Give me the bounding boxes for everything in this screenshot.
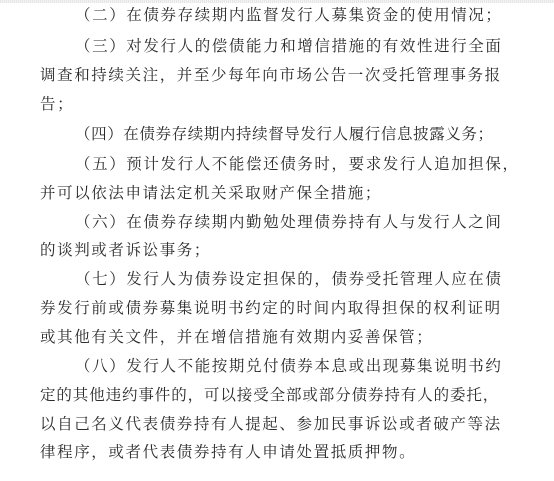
paragraph-item-5-line-1: （五）预计发行人不能偿还债务时，要求发行人追加担保，	[75, 152, 520, 176]
paragraph-item-3-line-3: 告；	[40, 92, 74, 116]
document-body: （二）在债券存续期内监督发行人募集资金的使用情况； （三）对发行人的偿债能力和增…	[0, 0, 554, 481]
paragraph-item-8-line-4: 律程序，或者代表债券持有人申请处置抵质押物。	[40, 440, 416, 464]
paragraph-item-7-line-2: 券发行前或债券募集说明书约定的时间内取得担保的权利证明	[40, 296, 502, 320]
paragraph-item-8-line-2: 定的其他违约事件的，可以接受全部或部分债券持有人的委托，	[40, 383, 499, 407]
paragraph-item-6-line-2: 的谈判或者诉讼事务；	[40, 238, 211, 262]
paragraph-item-4-line-1: （四）在债券存续期内持续督导发行人履行信息披露义务；	[75, 122, 494, 146]
paragraph-item-6-line-1: （六）在债券存续期内勤勉处理债券持有人与发行人之间	[75, 210, 503, 234]
paragraph-item-7-line-3: 或其他有关文件，并在增信措施有效期内妥善保管；	[40, 325, 433, 349]
paragraph-item-7-line-1: （七）发行人为债券设定担保的，债券受托管理人应在债	[75, 267, 503, 291]
paragraph-item-3-line-1: （三）对发行人的偿债能力和增信措施的有效性进行全面	[75, 34, 503, 58]
paragraph-item-3-line-2: 调查和持续关注，并至少每年向市场公告一次受托管理事务报	[40, 63, 502, 87]
paragraph-item-8-line-1: （八）发行人不能按期兑付债券本息或出现募集说明书约	[75, 354, 503, 378]
paragraph-item-2-line-1: （二）在债券存续期内监督发行人募集资金的使用情况；	[75, 3, 503, 27]
paragraph-item-8-line-3: 以自己名义代表债券持有人提起、参加民事诉讼或者破产等法	[40, 412, 502, 436]
paragraph-item-5-line-2: 并可以依法申请法定机关采取财产保全措施；	[40, 181, 382, 205]
